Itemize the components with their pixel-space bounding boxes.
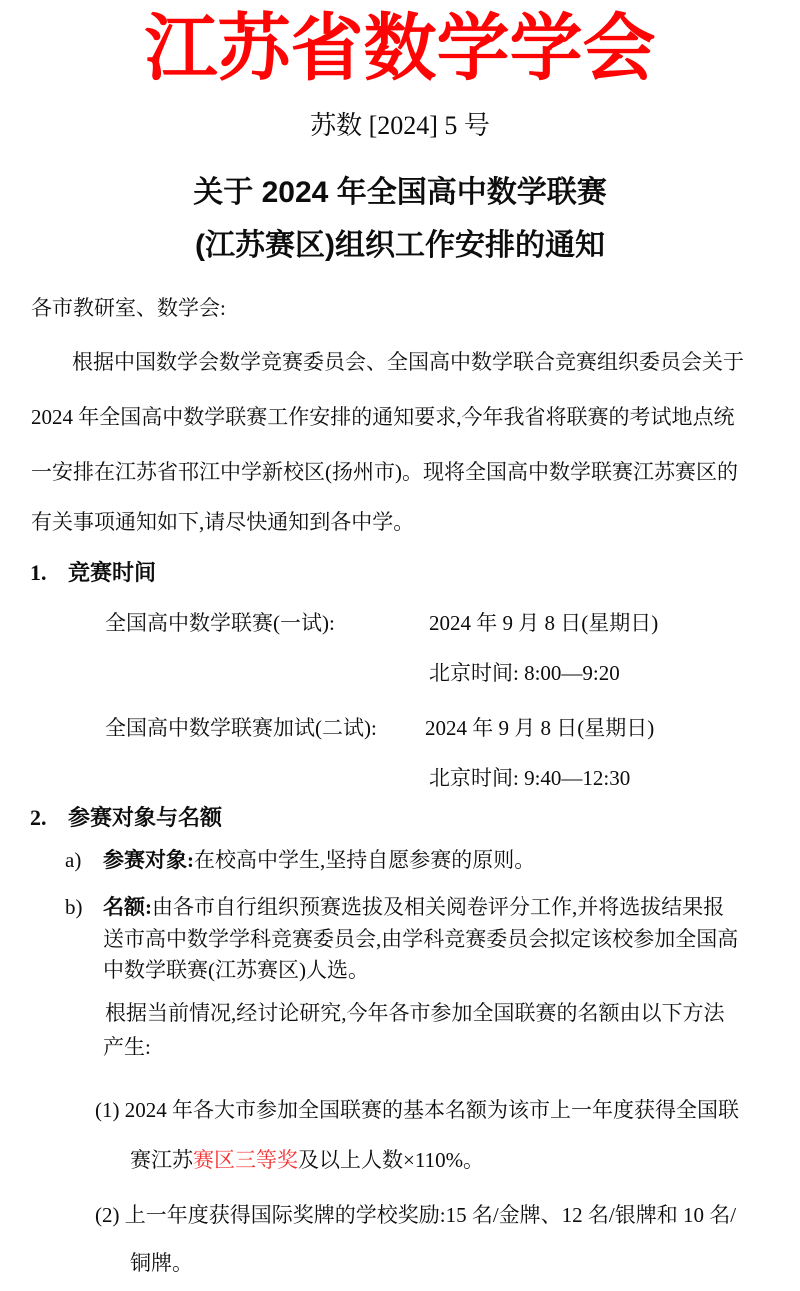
item-b-marker: b)	[65, 894, 103, 921]
document-title-line2: (江苏赛区)组织工作安排的通知	[0, 226, 800, 266]
item-b-text: 由各市自行组织预赛选拔及相关阅卷评分工作,并将选拔结果报	[152, 895, 724, 919]
item-a-line: a)参赛对象:在校高中学生,坚持自愿参赛的原则。	[65, 847, 535, 874]
intro-paragraph-line: 根据中国数学会数学竞赛委员会、全国高中数学联合竞赛组织委员会关于	[72, 349, 744, 376]
section2-heading: 2.参赛对象与名额	[30, 804, 222, 831]
sub-item-2-line: 铜牌。	[130, 1250, 193, 1277]
item-b-label: 名额:	[103, 895, 152, 919]
sub-item-1-line: 赛江苏赛区三等奖及以上人数×110%。	[130, 1147, 484, 1174]
schedule-row1-date: 2024 年 9 月 8 日(星期日)	[429, 610, 658, 637]
organization-title: 江苏省数学学会	[0, 6, 800, 92]
schedule-row2-date: 2024 年 9 月 8 日(星期日)	[425, 715, 654, 742]
sub-item-1-text-post: 及以上人数×110%。	[298, 1148, 484, 1172]
item-b-line: 中数学联赛(江苏赛区)人选。	[103, 957, 369, 984]
item-a-marker: a)	[65, 847, 103, 874]
document-number: 苏数 [2024] 5 号	[0, 110, 800, 142]
sub-item-2-line: (2) 上一年度获得国际奖牌的学校奖励:15 名/金牌、12 名/银牌和 10 …	[95, 1202, 736, 1229]
item-b-line: 送市高中数学学科竞赛委员会,由学科竞赛委员会拟定该校参加全国高	[103, 926, 738, 953]
sub-item-1-red-highlight: 赛区三等奖	[193, 1148, 298, 1172]
section1-heading: 1.竞赛时间	[30, 559, 156, 586]
section2-number: 2.	[30, 804, 68, 831]
intro-paragraph-line: 有关事项通知如下,请尽快通知到各中学。	[31, 509, 414, 536]
salutation: 各市教研室、数学会:	[31, 295, 226, 322]
document-title-line1: 关于 2024 年全国高中数学联赛	[0, 173, 800, 213]
quota-note-line: 根据当前情况,经讨论研究,今年各市参加全国联赛的名额由以下方法	[105, 1000, 725, 1027]
schedule-row1-label: 全国高中数学联赛(一试):	[105, 610, 335, 637]
section1-heading-label: 竞赛时间	[68, 560, 156, 585]
section1-number: 1.	[30, 559, 68, 586]
item-b-line: b)名额:由各市自行组织预赛选拔及相关阅卷评分工作,并将选拔结果报	[65, 894, 724, 921]
sub-item-1-text-pre: 赛江苏	[130, 1148, 193, 1172]
schedule-row2-time: 北京时间: 9:40—12:30	[429, 765, 630, 792]
schedule-row2-label: 全国高中数学联赛加试(二试):	[105, 715, 377, 742]
schedule-row1-time: 北京时间: 8:00—9:20	[429, 660, 620, 687]
quota-note-line: 产生:	[103, 1034, 151, 1061]
section2-heading-label: 参赛对象与名额	[68, 805, 222, 830]
intro-paragraph-line: 一安排在江苏省邗江中学新校区(扬州市)。现将全国高中数学联赛江苏赛区的	[31, 459, 738, 486]
item-a-text: 在校高中学生,坚持自愿参赛的原则。	[194, 848, 535, 872]
intro-paragraph-line: 2024 年全国高中数学联赛工作安排的通知要求,今年我省将联赛的考试地点统	[31, 404, 735, 431]
notice-document: 江苏省数学学会 苏数 [2024] 5 号 关于 2024 年全国高中数学联赛 …	[0, 0, 800, 1291]
sub-item-1-line: (1) 2024 年各大市参加全国联赛的基本名额为该市上一年度获得全国联	[95, 1097, 739, 1124]
item-a-label: 参赛对象:	[103, 848, 194, 872]
